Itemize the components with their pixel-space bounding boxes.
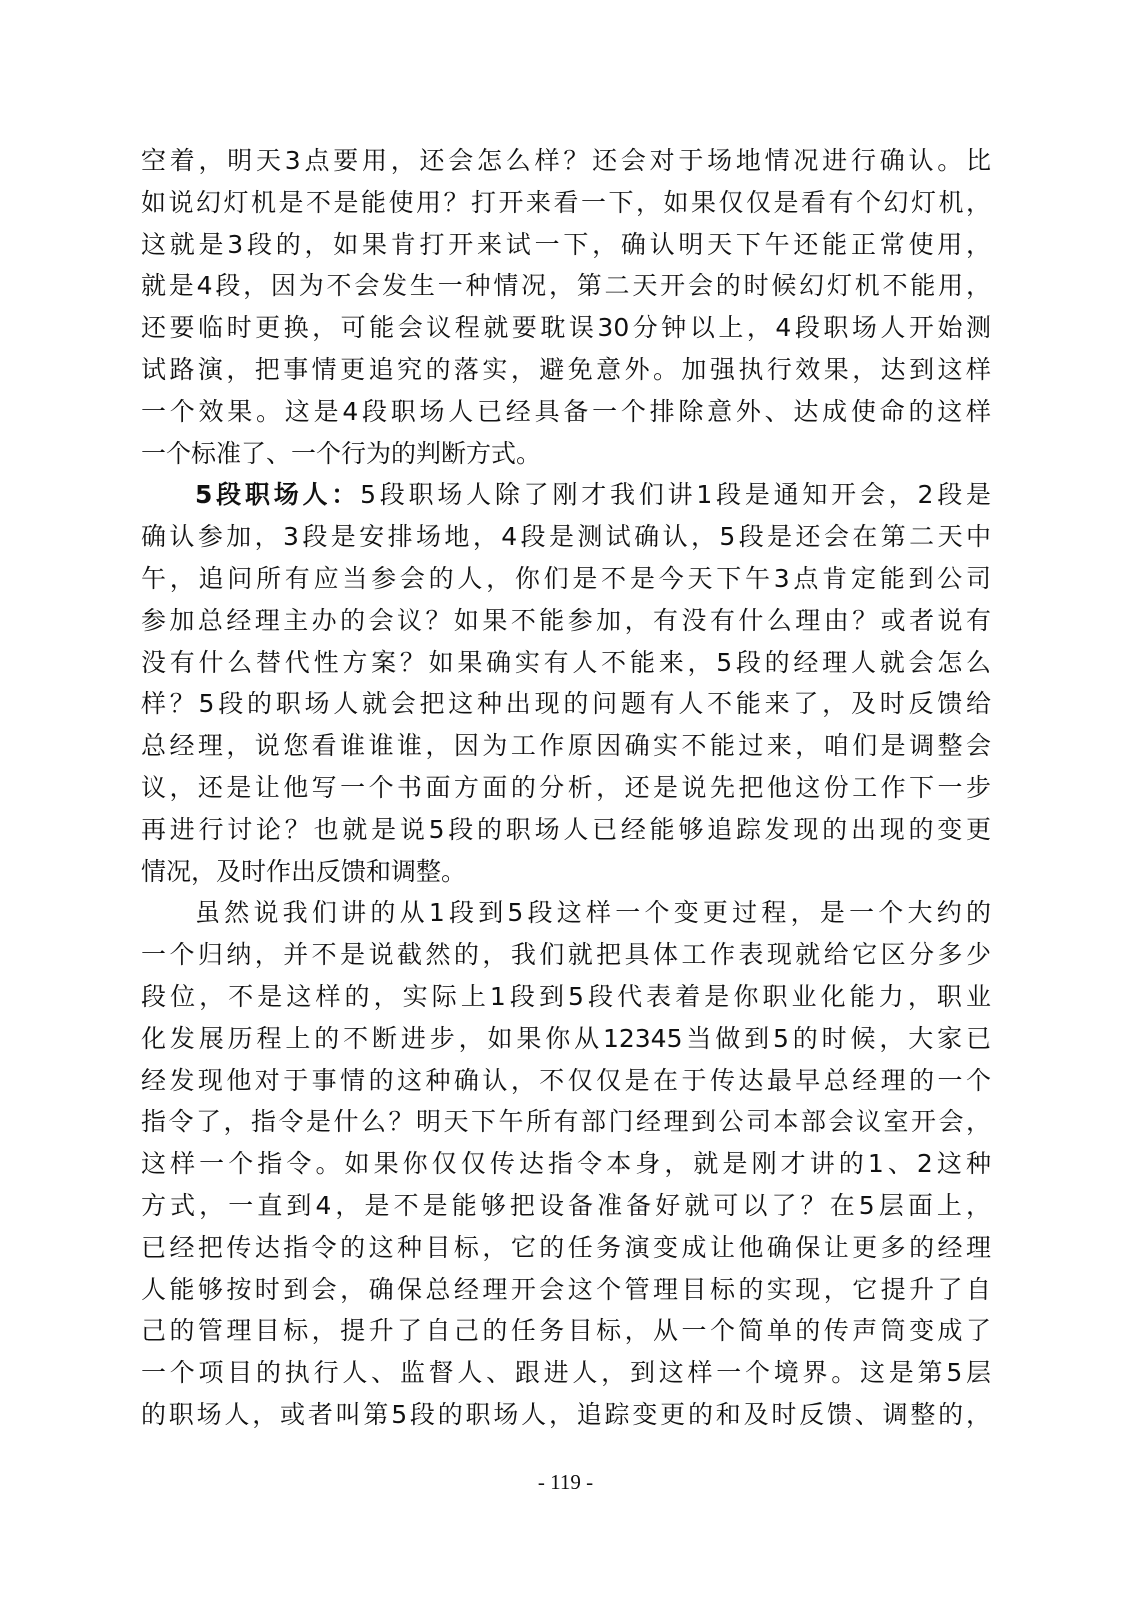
text-line: 空着，明天3点要用，还会怎么样？还会对于场地情况进行确认。比: [141, 140, 991, 182]
body-text: 空着，明天3点要用，还会怎么样？还会对于场地情况进行确认。比 如说幻灯机是不是能…: [141, 140, 991, 1436]
text-line: 午，追问所有应当参会的人，你们是不是今天下午3点肯定能到公司: [141, 558, 991, 600]
text-line: 一个标准了、一个行为的判断方式。: [141, 433, 991, 475]
text-line: 试路演，把事情更追究的落实，避免意外。加强执行效果，达到这样: [141, 349, 991, 391]
text-line: 虽然说我们讲的从1段到5段这样一个变更过程，是一个大约的: [141, 892, 991, 934]
text-line: 5段职场人：5段职场人除了刚才我们讲1段是通知开会，2段是: [141, 474, 991, 516]
text-line: 情况，及时作出反馈和调整。: [141, 851, 991, 893]
text-span: 5段职场人除了刚才我们讲1段是通知开会，2段是: [360, 480, 991, 509]
text-line: 议，还是让他写一个书面方面的分析，还是说先把他这份工作下一步: [141, 767, 991, 809]
document-page: 空着，明天3点要用，还会怎么样？还会对于场地情况进行确认。比 如说幻灯机是不是能…: [0, 0, 1131, 1600]
text-line: 这样一个指令。如果你仅仅传达指令本身，就是刚才讲的1、2这种: [141, 1143, 991, 1185]
text-line: 一个效果。这是4段职场人已经具备一个排除意外、达成使命的这样: [141, 391, 991, 433]
text-line: 一个归纳，并不是说截然的，我们就把具体工作表现就给它区分多少: [141, 934, 991, 976]
text-line: 化发展历程上的不断进步，如果你从12345当做到5的时候，大家已: [141, 1018, 991, 1060]
text-line: 样？5段的职场人就会把这种出现的问题有人不能来了，及时反馈给: [141, 683, 991, 725]
text-line: 人能够按时到会，确保总经理开会这个管理目标的实现，它提升了自: [141, 1269, 991, 1311]
paragraph-3: 虽然说我们讲的从1段到5段这样一个变更过程，是一个大约的 一个归纳，并不是说截然…: [141, 892, 991, 1435]
text-line: 总经理，说您看谁谁谁，因为工作原因确实不能过来，咱们是调整会: [141, 725, 991, 767]
text-line: 段位，不是这样的，实际上1段到5段代表着是你职业化能力，职业: [141, 976, 991, 1018]
text-line: 指令了，指令是什么？明天下午所有部门经理到公司本部会议室开会，: [141, 1101, 991, 1143]
text-line: 就是4段，因为不会发生一种情况，第二天开会的时候幻灯机不能用，: [141, 265, 991, 307]
text-line: 还要临时更换，可能会议程就要耽误30分钟以上，4段职场人开始测: [141, 307, 991, 349]
text-line: 没有什么替代性方案？如果确实有人不能来，5段的经理人就会怎么: [141, 642, 991, 684]
text-line: 方式，一直到4，是不是能够把设备准备好就可以了？在5层面上，: [141, 1185, 991, 1227]
text-line: 确认参加，3段是安排场地，4段是测试确认，5段是还会在第二天中: [141, 516, 991, 558]
text-line: 一个项目的执行人、监督人、跟进人，到这样一个境界。这是第5层: [141, 1352, 991, 1394]
section-lead-heading: 5段职场人：: [195, 480, 360, 509]
text-line: 再进行讨论？也就是说5段的职场人已经能够追踪发现的出现的变更: [141, 809, 991, 851]
paragraph-1: 空着，明天3点要用，还会怎么样？还会对于场地情况进行确认。比 如说幻灯机是不是能…: [141, 140, 991, 474]
paragraph-2: 5段职场人：5段职场人除了刚才我们讲1段是通知开会，2段是 确认参加，3段是安排…: [141, 474, 991, 892]
page-number: - 119 -: [0, 1470, 1131, 1495]
text-line: 已经把传达指令的这种目标，它的任务演变成让他确保让更多的经理: [141, 1227, 991, 1269]
text-line: 的职场人，或者叫第5段的职场人，追踪变更的和及时反馈、调整的，: [141, 1394, 991, 1436]
text-line: 这就是3段的，如果肯打开来试一下，确认明天下午还能正常使用，: [141, 224, 991, 266]
text-line: 己的管理目标，提升了自己的任务目标，从一个简单的传声筒变成了: [141, 1310, 991, 1352]
text-line: 如说幻灯机是不是能使用？打开来看一下，如果仅仅是看有个幻灯机，: [141, 182, 991, 224]
text-line: 参加总经理主办的会议？如果不能参加，有没有什么理由？或者说有: [141, 600, 991, 642]
text-line: 经发现他对于事情的这种确认，不仅仅是在于传达最早总经理的一个: [141, 1060, 991, 1102]
